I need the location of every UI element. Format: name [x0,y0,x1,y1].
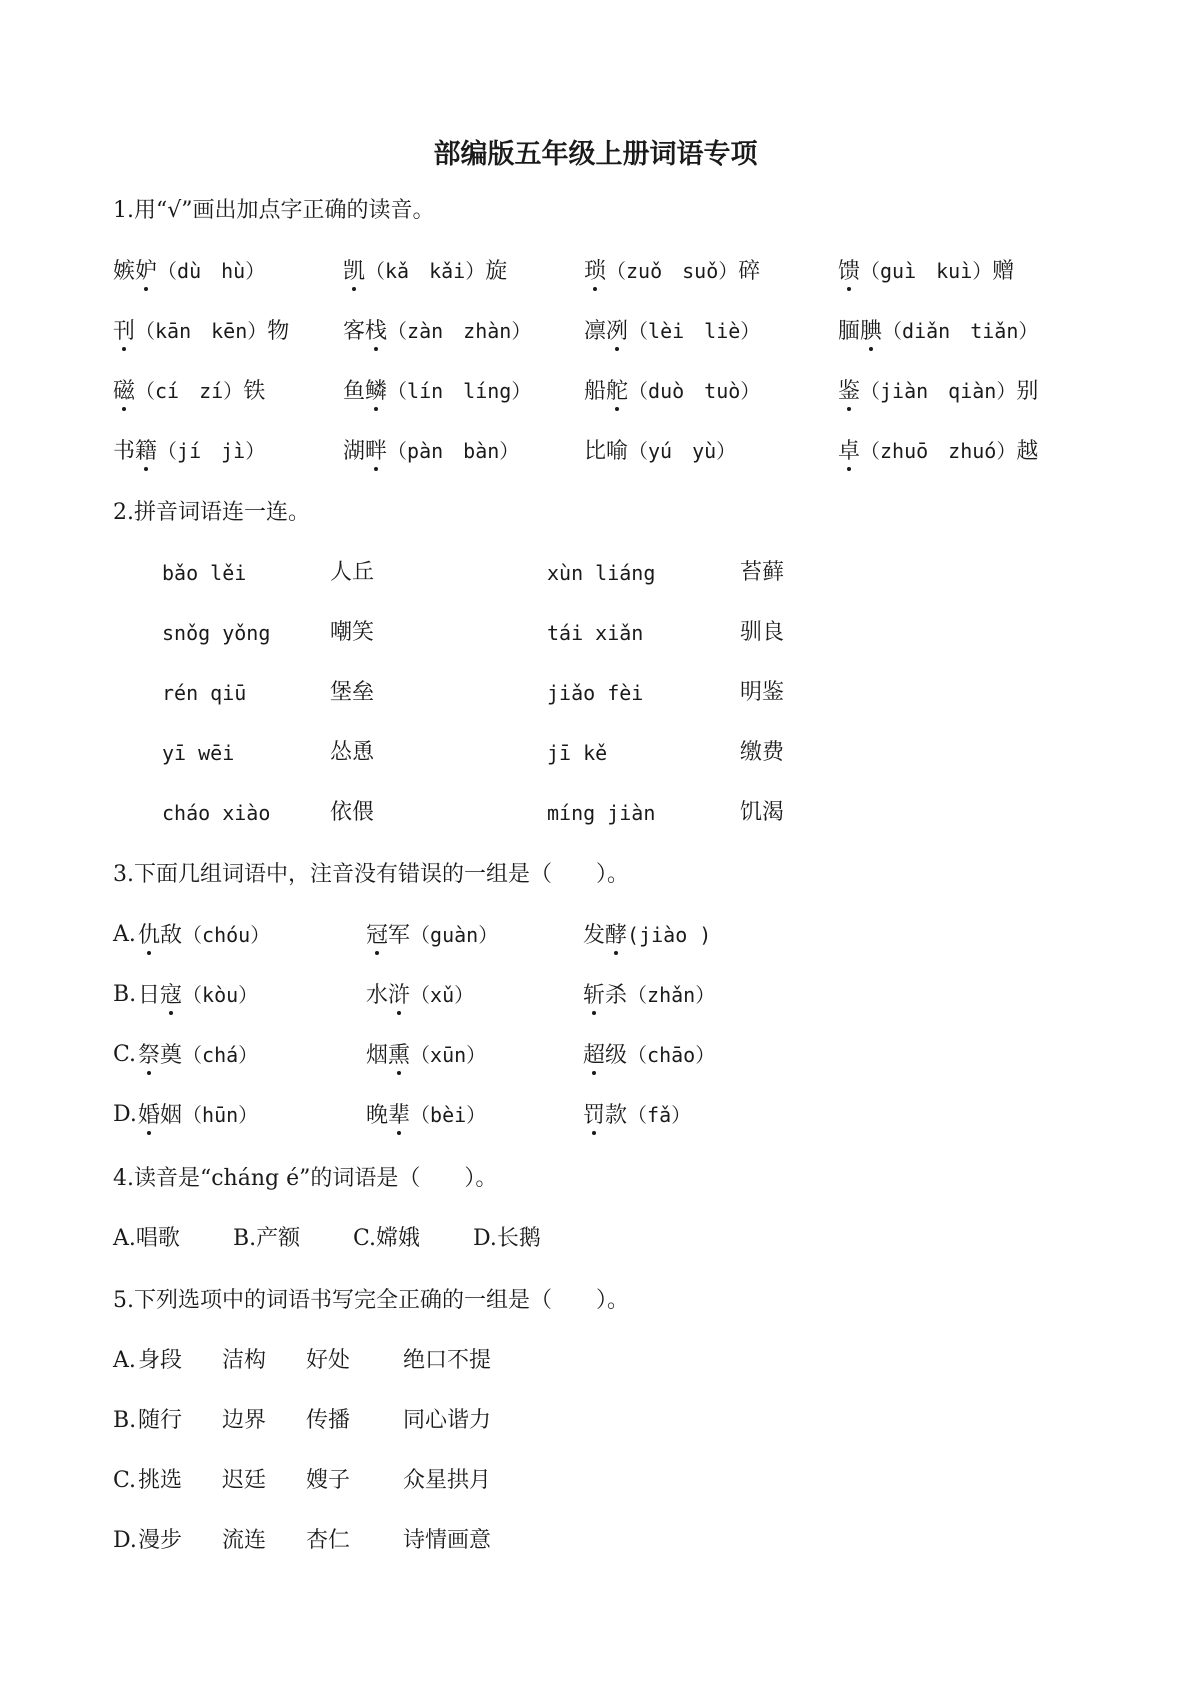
pinyin-right: xùn liáng [547,558,655,588]
dotted-char: 罚 [583,1101,605,1131]
page-title: 部编版五年级上册词语专项 [0,132,1191,171]
pinyin-options: （cí zí） [135,379,243,403]
q5-word: 漫步 [138,1526,182,1556]
q1-item: 卓（zhuō zhuó）越 [838,436,1038,467]
word-prefix: 日 [138,983,160,1008]
pinyin-left: bǎo lěi [162,558,246,588]
q3-word: 超级（chāo） [583,1040,715,1071]
dotted-char: 寇 [160,981,182,1011]
pinyin: （hūn） [182,1103,258,1127]
dotted-char: 籍 [135,437,157,467]
pinyin-left: yī wēi [162,738,234,768]
word-prefix: 船 [584,379,606,404]
pinyin-options: （diǎn tiǎn） [882,319,1038,343]
pinyin: （bèi） [410,1103,486,1127]
pinyin: (jiào ) [627,923,711,947]
word-suffix: 奠 [160,1043,182,1068]
pinyin: （kòu） [182,983,258,1007]
q1-item: 鉴（jiàn qiàn）别 [838,376,1038,407]
dotted-char: 琐 [584,257,606,287]
q3-word: 斩杀（zhǎn） [583,980,715,1011]
word-suffix: 杀 [605,983,627,1008]
word-left: 依偎 [330,798,374,828]
option-label: C. [113,1466,136,1496]
option-label: D. [113,1100,137,1130]
word-prefix: 湖 [343,439,365,464]
pinyin-options: （dù hù） [157,259,265,283]
word-right: 缴费 [740,738,784,768]
pinyin-options: （zhuō zhuó） [860,439,1016,463]
option-label: C. [113,1040,136,1070]
word-suffix: 别 [1016,379,1038,404]
word-suffix: 碎 [738,259,760,284]
word-prefix: 烟 [366,1043,388,1068]
dotted-char: 磁 [113,377,135,407]
q1-item: 比喻（yú yù） [584,436,736,467]
q4-option: B.产额 [233,1224,300,1254]
pinyin-options: （lèi liè） [628,319,760,343]
option-label: A. [113,920,136,950]
dotted-char: 腆 [860,317,882,347]
pinyin-right: jiǎo fèi [547,678,643,708]
q1-item: 嫉妒（dù hù） [113,256,265,287]
q5-word: 随行 [138,1406,182,1436]
q5-word: 同心谐力 [403,1406,491,1436]
word-prefix: 鱼 [343,379,365,404]
dotted-char: 辈 [388,1101,410,1131]
dotted-char: 鉴 [838,377,860,407]
word-suffix: 赠 [992,259,1014,284]
word-prefix: 晚 [366,1103,388,1128]
dotted-char: 舵 [606,377,628,407]
word-suffix: 军 [388,923,410,948]
pinyin: （fǎ） [627,1103,691,1127]
pinyin-options: （zàn zhàn） [387,319,531,343]
q4-option: C.嫦娥 [353,1224,420,1254]
pinyin: （chá） [182,1043,258,1067]
pinyin-options: （jiàn qiàn） [860,379,1016,403]
dotted-char: 酵 [605,921,627,951]
q3-word: 烟熏（xūn） [366,1040,486,1071]
q3-word: 日寇（kòu） [138,980,258,1011]
q4-prompt: 4.读音是“cháng é”的词语是（ ）。 [113,1164,497,1194]
dotted-char: 栈 [365,317,387,347]
pinyin-options: （kǎ kǎi） [365,259,485,283]
q1-prompt: 1.用“√”画出加点字正确的读音。 [113,196,435,226]
word-prefix: 客 [343,319,365,344]
q1-item: 客栈（zàn zhàn） [343,316,531,347]
word-left: 怂恿 [330,738,374,768]
dotted-char: 馈 [838,257,860,287]
q2-prompt: 2.拼音词语连一连。 [113,498,310,528]
word-suffix: 旋 [485,259,507,284]
q5-word: 众星拱月 [403,1466,491,1496]
q1-item: 书籍（jí jì） [113,436,265,467]
pinyin-left: cháo xiào [162,798,270,828]
pinyin: （chāo） [627,1043,715,1067]
dotted-char: 卓 [838,437,860,467]
word-prefix: 发 [583,923,605,948]
word-right: 饥渴 [740,798,784,828]
q3-prompt: 3.下面几组词语中，注音没有错误的一组是（ ）。 [113,860,629,890]
word-suffix: 款 [605,1103,627,1128]
word-left: 嘲笑 [330,618,374,648]
pinyin-options: （lín líng） [387,379,531,403]
q3-word: 冠军（guàn） [366,920,498,951]
word-prefix: 书 [113,439,135,464]
q4-option: D.长鹅 [473,1224,541,1254]
q5-word: 嫂子 [306,1466,350,1496]
q5-word: 挑选 [138,1466,182,1496]
pinyin-right: jī kě [547,738,607,768]
word-prefix: 比喻 [584,439,628,464]
dotted-char: 仇 [138,921,160,951]
pinyin-options: （kān kēn） [135,319,267,343]
q5-prompt: 5.下列选项中的词语书写完全正确的一组是（ ）。 [113,1286,629,1316]
q5-word: 绝口不提 [403,1346,491,1376]
q3-word: 晚辈（bèi） [366,1100,486,1131]
q1-item: 腼腆（diǎn tiǎn） [838,316,1038,347]
dotted-char: 畔 [365,437,387,467]
q1-item: 刊（kān kēn）物 [113,316,289,347]
pinyin-options: （jí jì） [157,439,265,463]
q3-word: 婚姻（hūn） [138,1100,258,1131]
q5-word: 洁构 [222,1346,266,1376]
word-prefix: 水 [366,983,388,1008]
dotted-char: 鳞 [365,377,387,407]
word-suffix: 铁 [243,379,265,404]
dotted-char: 冽 [606,317,628,347]
pinyin-options: （yú yù） [628,439,736,463]
option-label: B. [113,1406,136,1436]
word-suffix: 姻 [160,1103,182,1128]
pinyin: （xǔ） [410,983,474,1007]
pinyin-options: （zuǒ suǒ） [606,259,738,283]
dotted-char: 超 [583,1041,605,1071]
dotted-char: 妒 [135,257,157,287]
dotted-char: 冠 [366,921,388,951]
q1-item: 馈（guì kuì）赠 [838,256,1014,287]
pinyin: （xūn） [410,1043,486,1067]
q1-item: 凛冽（lèi liè） [584,316,760,347]
q1-item: 船舵（duò tuò） [584,376,760,407]
option-label: A. [113,1346,136,1376]
pinyin: （zhǎn） [627,983,715,1007]
dotted-char: 刊 [113,317,135,347]
pinyin-left: snǒg yǒng [162,618,270,648]
worksheet-page: 部编版五年级上册词语专项 1.用“√”画出加点字正确的读音。 嫉妒（dù hù）… [0,0,1191,1684]
q5-word: 流连 [222,1526,266,1556]
dotted-char: 凯 [343,257,365,287]
dotted-char: 婚 [138,1101,160,1131]
word-right: 驯良 [740,618,784,648]
q5-word: 诗情画意 [403,1526,491,1556]
q1-item: 鱼鳞（lín líng） [343,376,531,407]
pinyin: （chóu） [182,923,270,947]
q5-word: 身段 [138,1346,182,1376]
option-label: D. [113,1526,137,1556]
q3-word: 水浒（xǔ） [366,980,474,1011]
word-suffix: 物 [267,319,289,344]
word-left: 人丘 [330,558,374,588]
word-prefix: 凛 [584,319,606,344]
pinyin-options: （pàn bàn） [387,439,519,463]
pinyin-options: （guì kuì） [860,259,992,283]
word-right: 明鉴 [740,678,784,708]
q3-word: 罚款（fǎ） [583,1100,691,1131]
pinyin-options: （duò tuò） [628,379,760,403]
dotted-char: 浒 [388,981,410,1011]
q5-word: 迟廷 [222,1466,266,1496]
q5-word: 传播 [306,1406,350,1436]
word-left: 堡垒 [330,678,374,708]
q5-word: 杏仁 [306,1526,350,1556]
q1-item: 湖畔（pàn bàn） [343,436,519,467]
q1-item: 琐（zuǒ suǒ）碎 [584,256,760,287]
word-suffix: 级 [605,1043,627,1068]
q3-word: 发酵(jiào ) [583,920,711,951]
dotted-char: 熏 [388,1041,410,1071]
q3-word: 祭奠（chá） [138,1040,258,1071]
pinyin-left: rén qiū [162,678,246,708]
option-label: B. [113,980,136,1010]
q5-word: 好处 [306,1346,350,1376]
word-prefix: 嫉 [113,259,135,284]
dotted-char: 祭 [138,1041,160,1071]
word-suffix: 敌 [160,923,182,948]
q1-item: 凯（kǎ kǎi）旋 [343,256,507,287]
pinyin-right: tái xiǎn [547,618,643,648]
q1-item: 磁（cí zí）铁 [113,376,265,407]
word-suffix: 越 [1016,439,1038,464]
word-prefix: 腼 [838,319,860,344]
q4-option: A.唱歌 [113,1224,180,1254]
q3-word: 仇敌（chóu） [138,920,270,951]
pinyin-right: míng jiàn [547,798,655,828]
dotted-char: 斩 [583,981,605,1011]
q5-word: 边界 [222,1406,266,1436]
pinyin: （guàn） [410,923,498,947]
word-right: 苔藓 [740,558,784,588]
